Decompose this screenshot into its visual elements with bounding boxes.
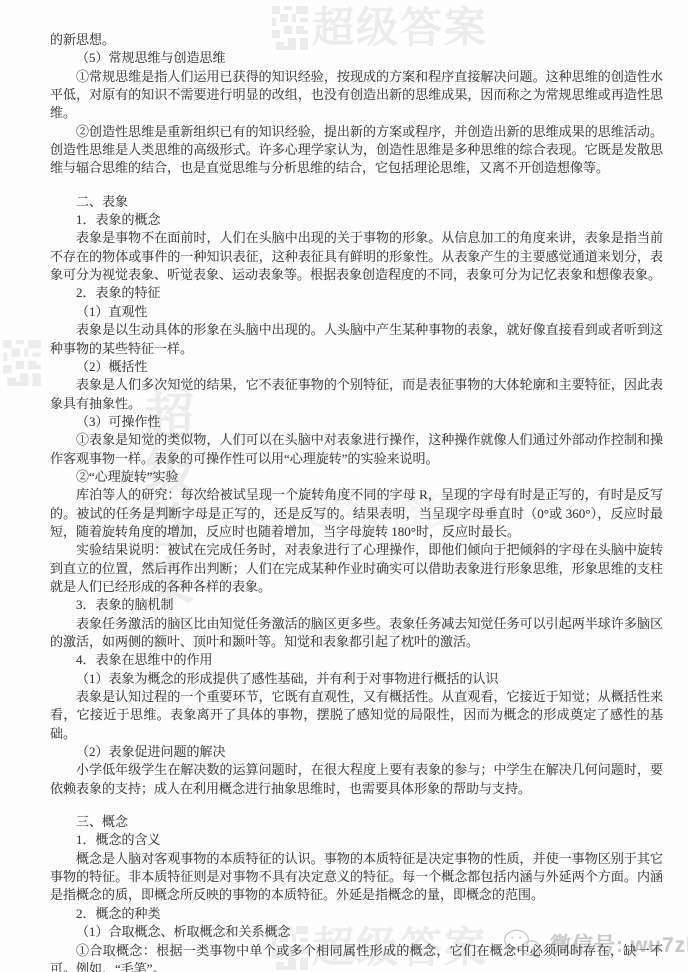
qr-code-icon [2,340,42,386]
document-text: 的新思想。（5）常规思维与创造思维①常规思维是指人们运用已获得的知识经验，按现成… [50,31,663,972]
paragraph: ①表象是知觉的类似物，人们可以在头脑中对表象进行操作，这种操作就像人们通过外部动… [50,431,663,468]
subheading: 1．表象的概念 [50,211,663,229]
paragraph: 表象是人们多次知觉的结果，它不表征事物的个别特征，而是表征事物的大体轮廓和主要特… [50,376,663,413]
paragraph: 实验结果说明：被试在完成任务时，对表象进行了心理操作，即他们倾向于把倾斜的字母在… [50,541,663,596]
subheading: ②“心理旋转”实验 [50,468,663,486]
subheading: （2）概括性 [50,358,663,376]
paragraph: 库泊等人的研究：每次给被试呈现一个旋转角度不同的字母 R，呈现的字母有时是正写的… [50,486,663,541]
subheading: （5）常规思维与创造思维 [50,49,663,67]
paragraph: ①合取概念：根据一类事物中单个或多个相同属性形成的概念，它们在概念中必须同时存在… [50,942,663,972]
subheading: （3）可操作性 [50,413,663,431]
subheading: 2．表象的特征 [50,284,663,302]
subheading: （2）表象促进问题的解决 [50,743,663,761]
paragraph: ②创造性思维是重新组织已有的知识经验，提出新的方案或程序，并创造出新的思维成果的… [50,123,663,178]
paragraph: 表象是认知过程的一个重要环节，它既有直观性，又有概括性。从直观看，它接近于知觉；… [50,688,663,743]
paragraph: 小学低年级学生在解决数的运算问题时，在很大程度上要有表象的参与；中学生在解决几何… [50,761,663,798]
page: { "page": { "type": "scanned-document-pa… [0,0,688,972]
subheading: 4．表象在思维中的作用 [50,651,663,669]
subheading: 3．表象的脑机制 [50,596,663,614]
subheading: 2．概念的种类 [50,905,663,923]
paragraph: 概念是人脑对客观事物的本质特征的认识。事物的本质特征是决定事物的性质，并使一事物… [50,850,663,905]
subheading: （1）直观性 [50,303,663,321]
subheading: 1．概念的含义 [50,831,663,849]
document-page: 超级答案 超级答案 超级答案 超级答案 的新思想。（5）常规思维与创造思维①常规… [0,0,688,972]
paragraph-continuation: 的新思想。 [50,31,663,49]
subheading: （1）表象为概念的形成提供了感性基础，并有利于对事物进行概括的认识 [50,670,663,688]
paragraph: ①常规思维是指人们运用已获得的知识经验，按现成的方案和程序直接解决问题。这种思维… [50,68,663,123]
section-heading: 三、概念 [50,813,663,831]
paragraph: 表象是以生动具体的形象在头脑中出现的。人头脑中产生某种事物的表象，就好像直接看到… [50,321,663,358]
section-heading: 二、表象 [50,193,663,211]
paragraph: 表象是事物不在面前时，人们在头脑中出现的关于事物的形象。从信息加工的角度来讲，表… [50,229,663,284]
paragraph: 表象任务激活的脑区比由知觉任务激活的脑区更多些。表象任务减去知觉任务可以引起两半… [50,615,663,652]
subheading: （1）合取概念、析取概念和关系概念 [50,923,663,941]
